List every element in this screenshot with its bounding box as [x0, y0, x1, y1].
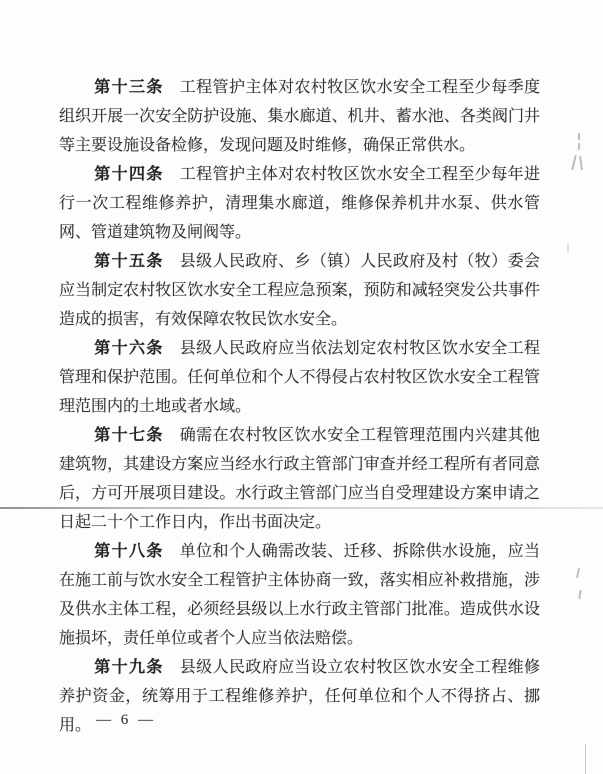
scan-artifact: [585, 744, 586, 774]
article-paragraph-17: 第十七条确需在农村牧区饮水安全工程管理范围内兴建其他建筑物，其建设方案应当经水行…: [59, 421, 540, 537]
page-number: — 6 —: [96, 712, 156, 729]
article-paragraph-16: 第十六条县级人民政府应当依法划定农村牧区饮水安全工程管理和保护范围。任何单位和个…: [59, 334, 540, 421]
article-19-number: 第十九条: [94, 659, 164, 676]
article-17-number: 第十七条: [94, 427, 164, 444]
scanned-document-page: 第十三条工程管护主体对农村牧区饮水安全工程至少每季度组织开展一次安全防护设施、集…: [0, 0, 603, 774]
scan-artifact: [576, 568, 580, 578]
article-paragraph-13: 第十三条工程管护主体对农村牧区饮水安全工程至少每季度组织开展一次安全防护设施、集…: [59, 73, 540, 160]
article-paragraph-15: 第十五条县级人民政府、乡（镇）人民政府及村（牧）委会应当制定农村牧区饮水安全工程…: [59, 247, 540, 334]
article-paragraph-14: 第十四条工程管护主体对农村牧区饮水安全工程至少每年进行一次工程维修养护，清理集水…: [59, 160, 540, 247]
scan-artifact: [567, 243, 569, 253]
article-16-number: 第十六条: [94, 340, 164, 357]
document-body: 第十三条工程管护主体对农村牧区饮水安全工程至少每季度组织开展一次安全防护设施、集…: [59, 73, 540, 740]
article-18-number: 第十八条: [94, 543, 164, 560]
scan-artifact: [578, 590, 581, 599]
scan-artifact: [571, 155, 577, 170]
scan-crease-line: [0, 507, 603, 509]
scan-artifact: [579, 156, 583, 170]
scan-artifact: [578, 133, 580, 140]
article-paragraph-18: 第十八条单位和个人确需改装、迁移、拆除供水设施，应当在施工前与饮水安全工程管护主…: [59, 537, 540, 653]
scan-artifact: [578, 143, 580, 150]
article-14-number: 第十四条: [94, 166, 164, 183]
article-13-number: 第十三条: [94, 79, 164, 96]
article-15-number: 第十五条: [94, 253, 164, 270]
